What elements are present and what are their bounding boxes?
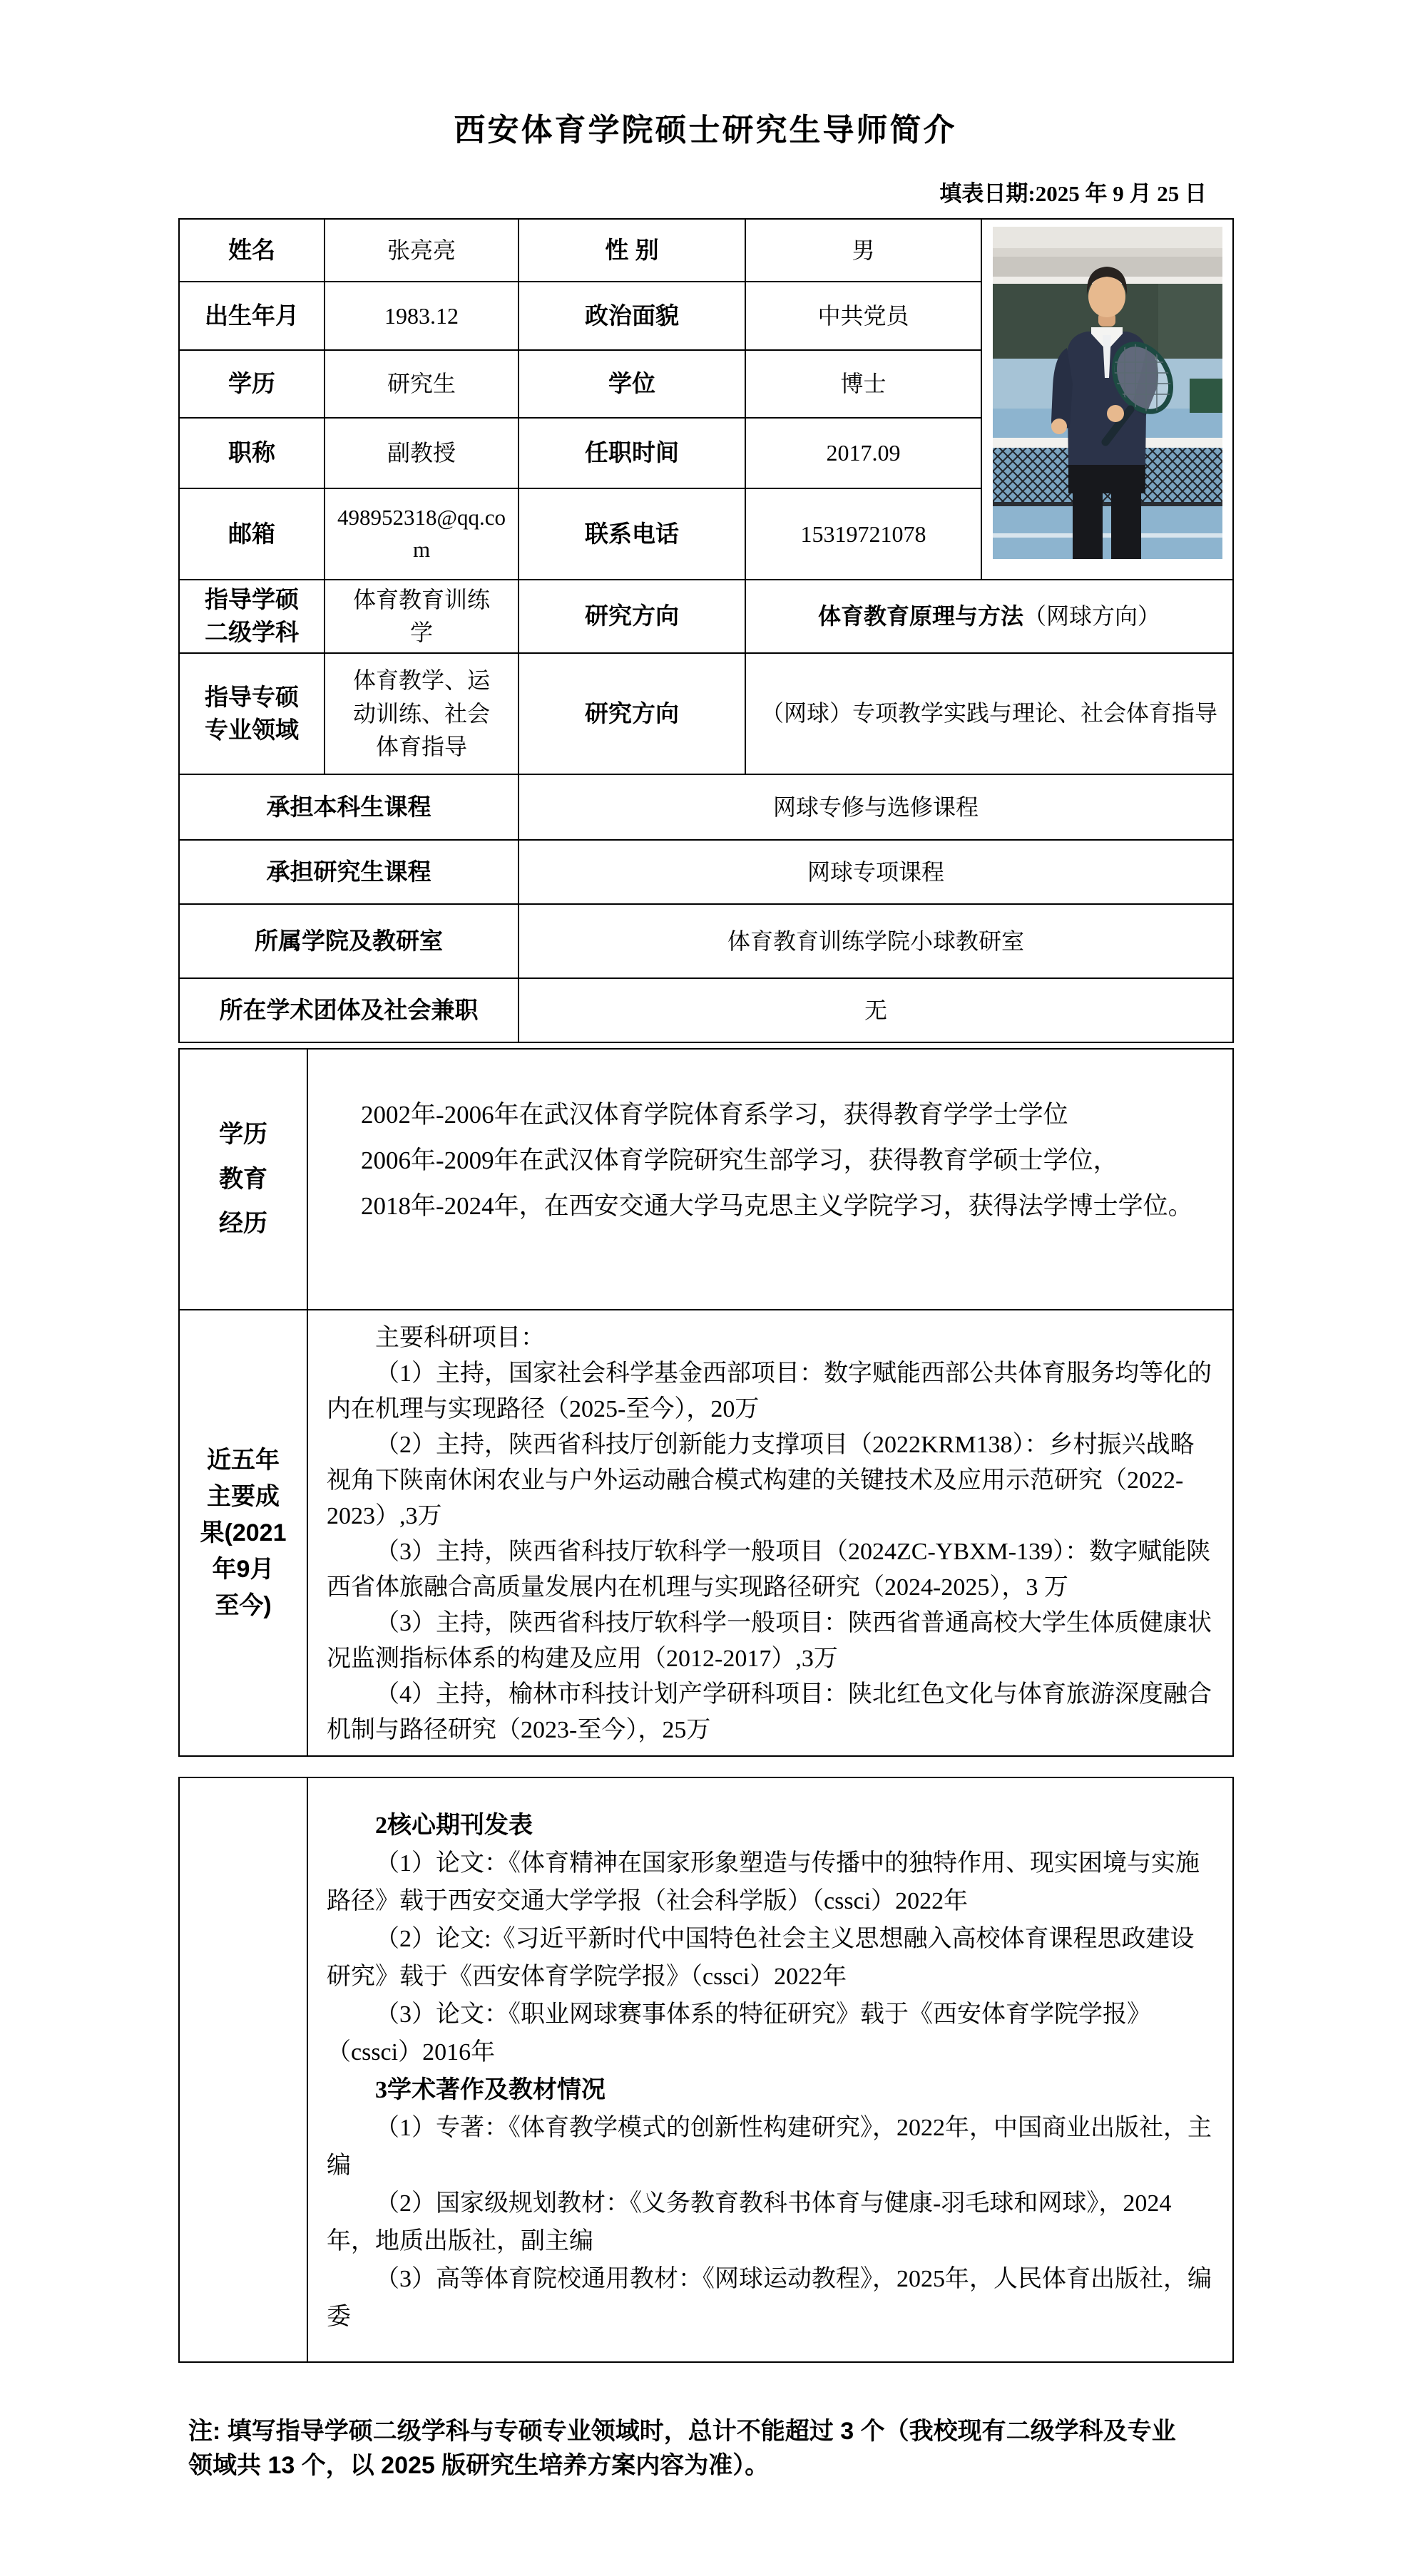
teacher-photo	[993, 227, 1222, 559]
email-label: 邮箱	[179, 488, 325, 580]
basic-info-table: 姓名 张亮亮 性 别 男	[178, 218, 1234, 1043]
phone-label: 联系电话	[519, 488, 745, 580]
publications-empty-label	[179, 1777, 307, 2362]
core-journal-header: 2核心期刊发表	[327, 1807, 1214, 1844]
professional-field-value: 体育教学、运动训练、社会体育指导	[325, 653, 519, 774]
graduate-courses-label: 承担研究生课程	[179, 840, 519, 904]
professional-title-label: 职称	[179, 418, 325, 488]
name-value: 张亮亮	[325, 219, 519, 282]
publications-table: 2核心期刊发表 （1）论文：《体育精神在国家形象塑造与传播中的独特作用、现实困境…	[178, 1777, 1234, 2363]
name-label: 姓名	[179, 219, 325, 282]
research-direction-1-rest: （网球方向）	[1023, 603, 1160, 629]
research-direction-1-label: 研究方向	[519, 580, 745, 653]
teacher-photo-cell	[981, 219, 1233, 580]
table-row: 姓名 张亮亮 性 别 男	[179, 219, 1233, 282]
achievement-item: （3）主持，陕西省科技厅软科学一般项目：陕西省普通高校大学生体质健康状况监测指标…	[327, 1606, 1214, 1677]
undergraduate-courses-label: 承担本科生课程	[179, 774, 519, 840]
professional-title-value: 副教授	[325, 418, 519, 488]
book-item: （3）高等体育院校通用教材：《网球运动教程》，2025年，人民体育出版社，编委	[327, 2260, 1214, 2336]
achievements-label: 近五年 主要成 果(2021 年9月 至今)	[179, 1310, 307, 1756]
books-header: 3学术著作及教材情况	[327, 2071, 1214, 2109]
gender-value: 男	[745, 219, 981, 282]
achievement-item: （2）主持，陕西省科技厅创新能力支撑项目（2022KRM138）：乡村振兴战略视…	[327, 1427, 1214, 1534]
table-row: 2核心期刊发表 （1）论文：《体育精神在国家形象塑造与传播中的独特作用、现实困境…	[179, 1777, 1233, 2362]
achievements-content: 主要科研项目： （1）主持，国家社会科学基金西部项目：数字赋能西部公共体育服务均…	[307, 1310, 1233, 1756]
table-row: 承担本科生课程 网球专修与选修课程	[179, 774, 1233, 840]
research-direction-1-value: 体育教育原理与方法（网球方向）	[745, 580, 1233, 653]
journal-item: （3）论文：《职业网球赛事体系的特征研究》载于《西安体育学院学报》（cssci）…	[327, 1996, 1214, 2071]
achievement-item: （4）主持，榆林市科技计划产学研科项目：陕北红色文化与体育旅游深度融合机制与路径…	[327, 1677, 1214, 1748]
journal-item: （1）论文：《体育精神在国家形象塑造与传播中的独特作用、现实困境与实施路径》载于…	[327, 1844, 1214, 1920]
department-value: 体育教育训练学院小球教研室	[519, 904, 1233, 978]
journal-item: （2）论文:《习近平新时代中国特色社会主义思想融入高校体育课程思政建设研究》载于…	[327, 1920, 1214, 1996]
table-row: 指导专硕 专业领域 体育教学、运动训练、社会体育指导 研究方向 （网球）专项教学…	[179, 653, 1233, 774]
fill-date: 填表日期:2025 年 9 月 25 日	[178, 175, 1207, 207]
department-label: 所属学院及教研室	[179, 904, 519, 978]
document-sheet: 西安体育学院硕士研究生导师简介 填表日期:2025 年 9 月 25 日 姓名 …	[0, 0, 1415, 2576]
research-direction-2-value: （网球）专项教学实践与理论、社会体育指导	[745, 653, 1233, 774]
education-history-line: 2018年-2024年，在西安交通大学马克思主义学院学习，获得法学博士学位。	[361, 1184, 1211, 1229]
note-text: 注: 填写指导学硕二级学科与专硕专业领域时，总计不能超过 3 个（我校现有二级学…	[188, 2414, 1190, 2483]
table-row: 所在学术团体及社会兼职 无	[179, 978, 1233, 1042]
achievement-item: （1）主持，国家社会科学基金西部项目：数字赋能西部公共体育服务均等化的内在机理与…	[327, 1356, 1214, 1427]
table-row: 学历 教育 经历 2002年-2006年在武汉体育学院体育系学习，获得教育学学士…	[179, 1049, 1233, 1310]
appointment-time-label: 任职时间	[519, 418, 745, 488]
publications-content: 2核心期刊发表 （1）论文：《体育精神在国家形象塑造与传播中的独特作用、现实困境…	[307, 1777, 1233, 2362]
graduate-courses-value: 网球专项课程	[519, 840, 1233, 904]
education-history-line: 2006年-2009年在武汉体育学院研究生部学习，获得教育学硕士学位，	[361, 1138, 1211, 1184]
book-item: （1）专著：《体育教学模式的创新性构建研究》，2022年，中国商业出版社，主编	[327, 2109, 1214, 2185]
page-title: 西安体育学院硕士研究生导师简介	[178, 104, 1232, 150]
appointment-time-value: 2017.09	[745, 418, 981, 488]
education-label: 学历	[179, 350, 325, 418]
research-direction-2-label: 研究方向	[519, 653, 745, 774]
degree-value: 博士	[745, 350, 981, 418]
masters-discipline-value: 体育教育训练学	[325, 580, 519, 653]
masters-discipline-label: 指导学硕 二级学科	[179, 580, 325, 653]
political-status-label: 政治面貌	[519, 282, 745, 350]
achievement-item: （3）主持，陕西省科技厅软科学一般项目（2024ZC-YBXM-139）：数字赋…	[327, 1534, 1214, 1606]
table-row: 承担研究生课程 网球专项课程	[179, 840, 1233, 904]
table-row: 近五年 主要成 果(2021 年9月 至今) 主要科研项目： （1）主持，国家社…	[179, 1310, 1233, 1756]
email-value: 498952318@qq.com	[325, 488, 519, 580]
memberships-label: 所在学术团体及社会兼职	[179, 978, 519, 1042]
table-row: 所属学院及教研室 体育教育训练学院小球教研室	[179, 904, 1233, 978]
education-history-label: 学历 教育 经历	[179, 1049, 307, 1310]
undergraduate-courses-value: 网球专修与选修课程	[519, 774, 1233, 840]
achievements-section-title: 主要科研项目：	[327, 1320, 1214, 1356]
table-row: 指导学硕 二级学科 体育教育训练学 研究方向 体育教育原理与方法（网球方向）	[179, 580, 1233, 653]
memberships-value: 无	[519, 978, 1233, 1042]
book-item: （2）国家级规划教材：《义务教育教科书体育与健康-羽毛球和网球》，2024年，地…	[327, 2185, 1214, 2260]
birth-date-value: 1983.12	[325, 282, 519, 350]
professional-field-label: 指导专硕 专业领域	[179, 653, 325, 774]
education-history-line: 2002年-2006年在武汉体育学院体育系学习，获得教育学学士学位	[361, 1092, 1211, 1138]
history-achievements-table: 学历 教育 经历 2002年-2006年在武汉体育学院体育系学习，获得教育学学士…	[178, 1048, 1234, 1757]
phone-value: 15319721078	[745, 488, 981, 580]
research-direction-1-bold: 体育教育原理与方法	[818, 603, 1023, 629]
gender-label: 性 别	[519, 219, 745, 282]
birth-date-label: 出生年月	[179, 282, 325, 350]
political-status-value: 中共党员	[745, 282, 981, 350]
education-value: 研究生	[325, 350, 519, 418]
degree-label: 学位	[519, 350, 745, 418]
education-history-content: 2002年-2006年在武汉体育学院体育系学习，获得教育学学士学位 2006年-…	[307, 1049, 1233, 1310]
